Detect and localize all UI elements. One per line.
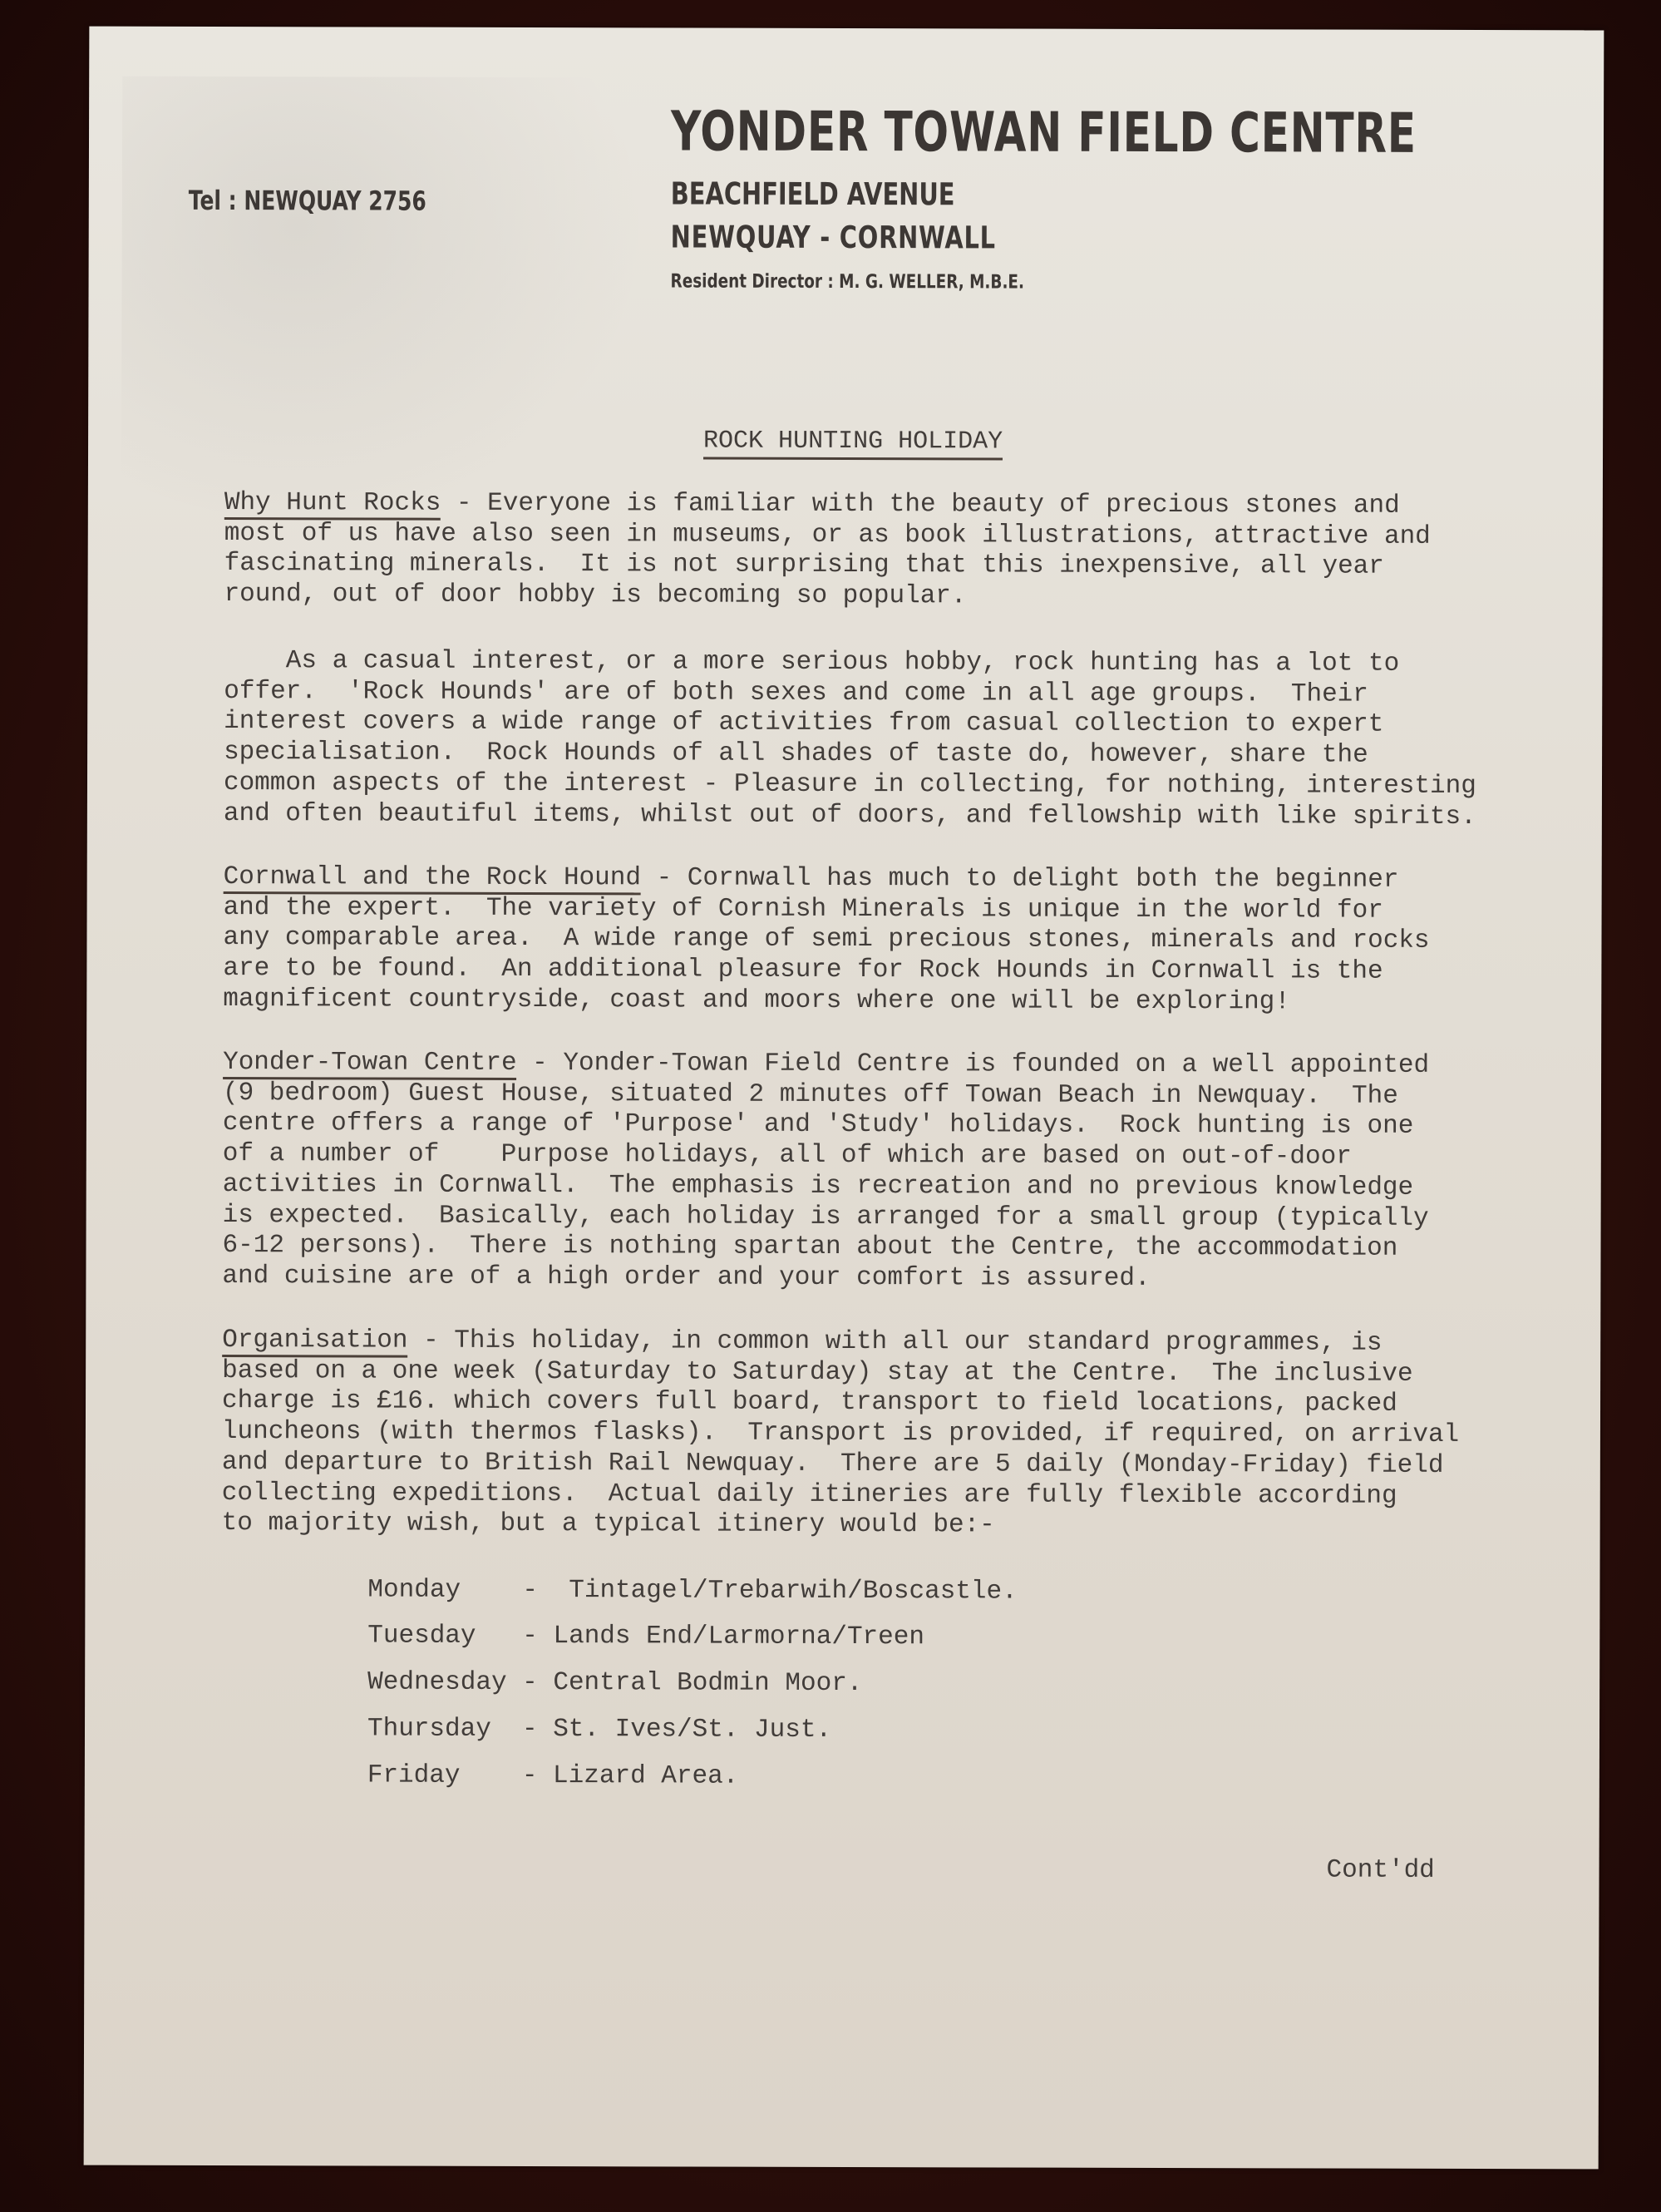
text-line: and departure to British Rail Newquay. T… (222, 1448, 1585, 1482)
text-line: based on a one week (Saturday to Saturda… (222, 1356, 1585, 1390)
letterhead-director: Resident Director : M. G. WELLER, M.B.E. (671, 270, 1025, 293)
text-line: activities in Cornwall. The emphasis is … (223, 1170, 1586, 1204)
text-line: of a number of Purpose holidays, all of … (223, 1139, 1586, 1173)
document-page: YONDER TOWAN FIELD CENTRE Tel : NEWQUAY … (84, 27, 1604, 2170)
text-line: common aspects of the interest - Pleasur… (224, 768, 1587, 802)
itinerary-item: Monday- Tintagel/Trebarwih/Boscastle. (367, 1576, 1017, 1607)
text-line: luncheons (with thermos flasks). Transpo… (222, 1417, 1585, 1451)
itinerary-item: Friday- Lizard Area. (367, 1761, 739, 1791)
text-line: charge is £16. which covers full board, … (222, 1386, 1585, 1420)
itinerary-places: - Tintagel/Trebarwih/Boscastle. (522, 1576, 1017, 1607)
section-heading: Organisation (222, 1326, 407, 1358)
text-line: interest covers a wide range of activiti… (224, 707, 1587, 741)
text-line: round, out of door hobby is becoming so … (224, 580, 1588, 614)
itinerary-places: - St. Ives/St. Just. (522, 1715, 831, 1745)
text-line: Organisation - This holiday, in common w… (222, 1326, 1585, 1360)
itinerary-places: - Lands End/Larmorna/Treen (522, 1622, 924, 1652)
itinerary-item: Thursday- St. Ives/St. Just. (367, 1715, 831, 1745)
continued-note: Cont'dd (1327, 1856, 1435, 1885)
text-line: magnificent countryside, coast and moors… (223, 985, 1586, 1019)
text-line: 6-12 persons). There is nothing spartan … (222, 1231, 1585, 1265)
text-line: and cuisine are of a high order and your… (222, 1262, 1585, 1296)
text-line: to majority wish, but a typical itinery … (222, 1508, 1585, 1543)
itinerary-day: Thursday (367, 1715, 522, 1744)
itinerary-day: Tuesday (367, 1622, 522, 1651)
itinerary-places: - Lizard Area. (522, 1761, 739, 1791)
itinerary-item: Wednesday- Central Bodmin Moor. (367, 1668, 862, 1699)
itinerary-day: Wednesday (367, 1668, 522, 1697)
letterhead-name: YONDER TOWAN FIELD CENTRE (671, 99, 1417, 165)
section-heading: Why Hunt Rocks (224, 488, 441, 521)
text-line: Cornwall and the Rock Hound - Cornwall h… (224, 862, 1587, 896)
text-line: offer. 'Rock Hounds' are of both sexes a… (224, 677, 1587, 711)
itinerary-day: Monday (367, 1576, 522, 1605)
document-title: ROCK HUNTING HOLIDAY (703, 427, 1003, 461)
section-heading: Cornwall and the Rock Hound (224, 862, 641, 895)
section-heading: Yonder-Towan Centre (223, 1048, 517, 1080)
itinerary-day: Friday (367, 1761, 522, 1790)
itinerary-places: - Central Bodmin Moor. (522, 1668, 862, 1698)
letterhead-address-line2: NEWQUAY - CORNWALL (671, 219, 996, 255)
text-line: and often beautiful items, whilst out of… (224, 799, 1587, 833)
section-why-hunt-rocks: Why Hunt Rocks - Everyone is familiar wi… (224, 488, 1588, 614)
letterhead-address-line1: BEACHFIELD AVENUE (671, 175, 955, 212)
text-line: is expected. Basically, each holiday is … (223, 1201, 1586, 1235)
text-line: fascinating minerals. It is not surprisi… (224, 549, 1588, 583)
letterhead-telephone: Tel : NEWQUAY 2756 (189, 185, 426, 217)
text-line: are to be found. An additional pleasure … (223, 954, 1586, 988)
text-line: As a casual interest, or a more serious … (224, 646, 1587, 680)
text-line: specialisation. Rock Hounds of all shade… (224, 738, 1587, 772)
text-line: collecting expeditions. Actual daily iti… (222, 1479, 1585, 1513)
text-line: and the expert. The variety of Cornish M… (224, 893, 1587, 927)
text-line: Why Hunt Rocks - Everyone is familiar wi… (224, 488, 1588, 522)
section-yonder-towan-centre: Yonder-Towan Centre - Yonder-Towan Field… (222, 1048, 1586, 1296)
text-line: centre offers a range of 'Purpose' and '… (223, 1108, 1586, 1143)
itinerary-item: Tuesday- Lands End/Larmorna/Treen (367, 1622, 924, 1652)
text-line: (9 bedroom) Guest House, situated 2 minu… (223, 1079, 1586, 1113)
section-cornwall-rock-hound: Cornwall and the Rock Hound - Cornwall h… (223, 862, 1586, 1019)
text-line: Yonder-Towan Centre - Yonder-Towan Field… (223, 1048, 1586, 1082)
section-casual-interest: As a casual interest, or a more serious … (224, 646, 1588, 833)
text-line: any comparable area. A wide range of sem… (223, 923, 1586, 957)
section-organisation: Organisation - This holiday, in common w… (222, 1326, 1586, 1543)
text-line: most of us have also seen in museums, or… (224, 519, 1588, 553)
